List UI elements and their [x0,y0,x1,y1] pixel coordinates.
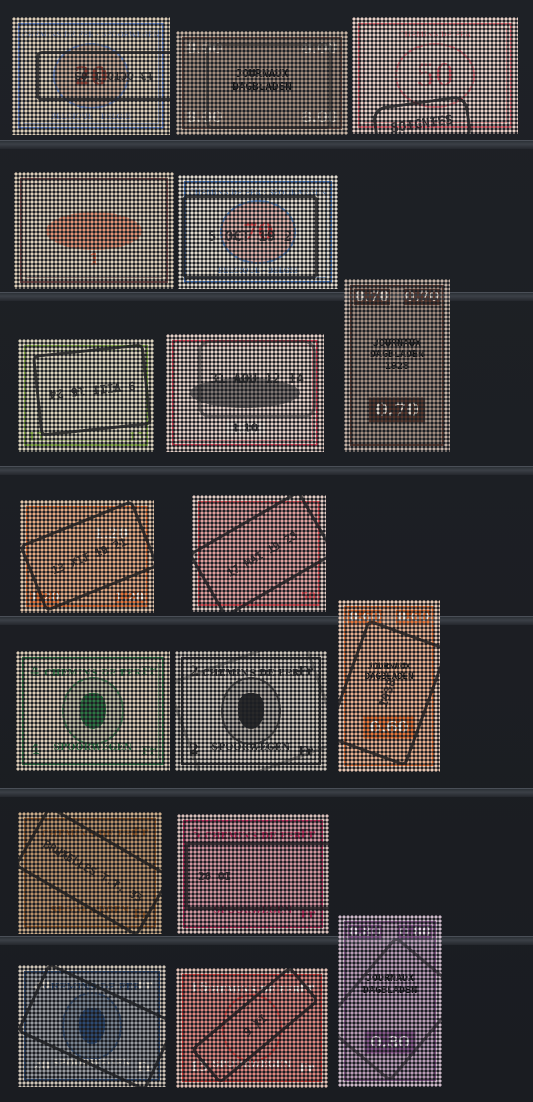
stamp-10fr-brown: CHEMINS DE FER Fr Fr SPOORWEGEN BRUXELLE… [18,812,162,934]
stamp-120-orange: 1.20 1.20 1.20 13 XII 19 21 [20,500,154,613]
stock-strip [0,140,533,149]
stamp-110-red: 1.10 31 AOU 12 14 [166,334,324,452]
stock-strip [0,466,533,475]
stamp-8fr-journaux: 8.00 8.00 8.00 8.00 JOURNAUXDAGBLADEN [176,31,348,135]
stamp-50c-carmine: 50 17 MAI 19 23 [192,495,326,612]
stock-strip [0,616,533,625]
stock-strip [0,292,533,301]
stamp-1fr-winged-wheel: 1 [14,172,174,289]
stock-strip [0,936,533,945]
stamp-4fr-green: CHEMINS DE FER 4 Fr 4 Fr SPOORWEGEN [16,651,170,771]
stamp-15fr-red: CHEMINS DE FER 15 Fr 15 Fr SPOORWEGEN 9 … [176,968,328,1088]
stamp-70c-blue: CHEMINS DE FER · SPOORWEGEN 70 BELGIQUE … [178,175,338,289]
stamp-2fr-black: CHEMINS DE FER 2 Fr 2 Fr SPOORWEGEN [175,651,327,771]
stamp-5fr-rose: CHEMINS DE FER 5 Fr Fr SPOORWEGEN 26 OI [177,814,329,934]
stamp-15c-green: 15 15 9 VIII 16 24 [18,339,154,452]
stock-strip [0,788,533,797]
stamp-50c-red: CHEMINS DE FER 50 SOIGNIES [352,17,518,134]
stamp-060-journaux: 0.60 0.60 JOURNAUXDAGBLADEN 0.60 1938 [338,600,440,772]
stamp-20fr-blue: CHEMINS DE FER 20 Fr 20 Fr SPOORWEGEN [18,965,166,1087]
stamp-070-journaux-1928: 0.70 0.70 JOURNAUXDAGBLADEN1928 0.70 [344,279,450,452]
stamp-080-journaux: 0.80 0.80 JOURNAUXDAGBLADEN 0.80 [338,915,442,1087]
stamp-20c-blue: CHEMINS DE FER · SPOORWEGEN 20 BELGIQUE … [12,17,170,135]
